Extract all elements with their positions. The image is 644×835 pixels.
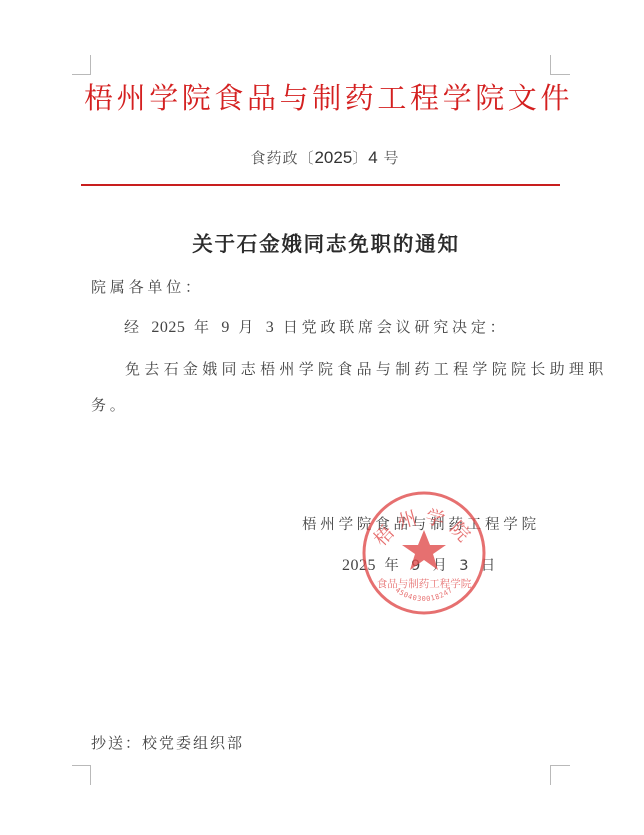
doc-number-num: 4 — [368, 148, 377, 167]
doc-number-year: 2025 — [314, 148, 352, 167]
signature-organization: 梧州学院食品与制药工程学院 — [302, 513, 540, 537]
corner-mark-top-left-h — [72, 74, 91, 75]
seal-code: 4504030018247 — [394, 586, 455, 603]
corner-mark-top-right-v — [550, 55, 551, 75]
salutation: 院属各单位： — [91, 275, 204, 299]
seal-inner-text: 食品与制药工程学院 — [377, 577, 472, 590]
document-number: 食药政〔2025〕4 号 — [80, 146, 570, 170]
corner-mark-bottom-right-v — [550, 765, 551, 785]
doc-number-suffix: 号 — [378, 149, 400, 167]
signature-date-year: 2025 — [342, 557, 376, 574]
para1-text-c: 月 — [230, 318, 266, 336]
paragraph-decision: 经 2025 年 9 月 3 日党政联席会议研究决定： — [124, 315, 508, 340]
corner-mark-bottom-right-h — [550, 765, 570, 766]
doc-number-mid: 〕 — [352, 149, 368, 167]
cc-line: 抄送：校党委组织部 — [91, 731, 244, 755]
corner-mark-bottom-left-v — [90, 765, 91, 785]
doc-number-prefix: 食药政〔 — [250, 149, 314, 167]
signature-date: 2025 年 9 月 3 日 — [342, 554, 499, 578]
corner-mark-top-left-v — [90, 55, 91, 75]
corner-mark-bottom-left-h — [72, 765, 91, 766]
document-title: 梧州学院食品与制药工程学院文件 — [84, 78, 564, 118]
red-header-rule — [81, 184, 560, 186]
para1-text-d: 日党政联席会议研究决定： — [274, 318, 508, 336]
signature-date-rest: 年 9 月 3 日 — [376, 558, 499, 574]
paragraph-dismissal-line2: 务。 — [91, 393, 129, 417]
official-seal-stamp: 梧州学院 食品与制药工程学院 4504030018247 — [361, 490, 487, 616]
para1-text-a: 经 — [124, 318, 151, 336]
paragraph-dismissal-line1: 免去石金娥同志梧州学院食品与制药工程学院院长助理职 — [125, 357, 608, 381]
para1-year: 2025 — [151, 319, 185, 336]
corner-mark-top-right-h — [550, 74, 570, 75]
notice-heading: 关于石金娥同志免职的通知 — [80, 228, 572, 260]
para1-day: 3 — [266, 319, 275, 336]
para1-month: 9 — [221, 319, 230, 336]
para1-text-b: 年 — [185, 318, 221, 336]
